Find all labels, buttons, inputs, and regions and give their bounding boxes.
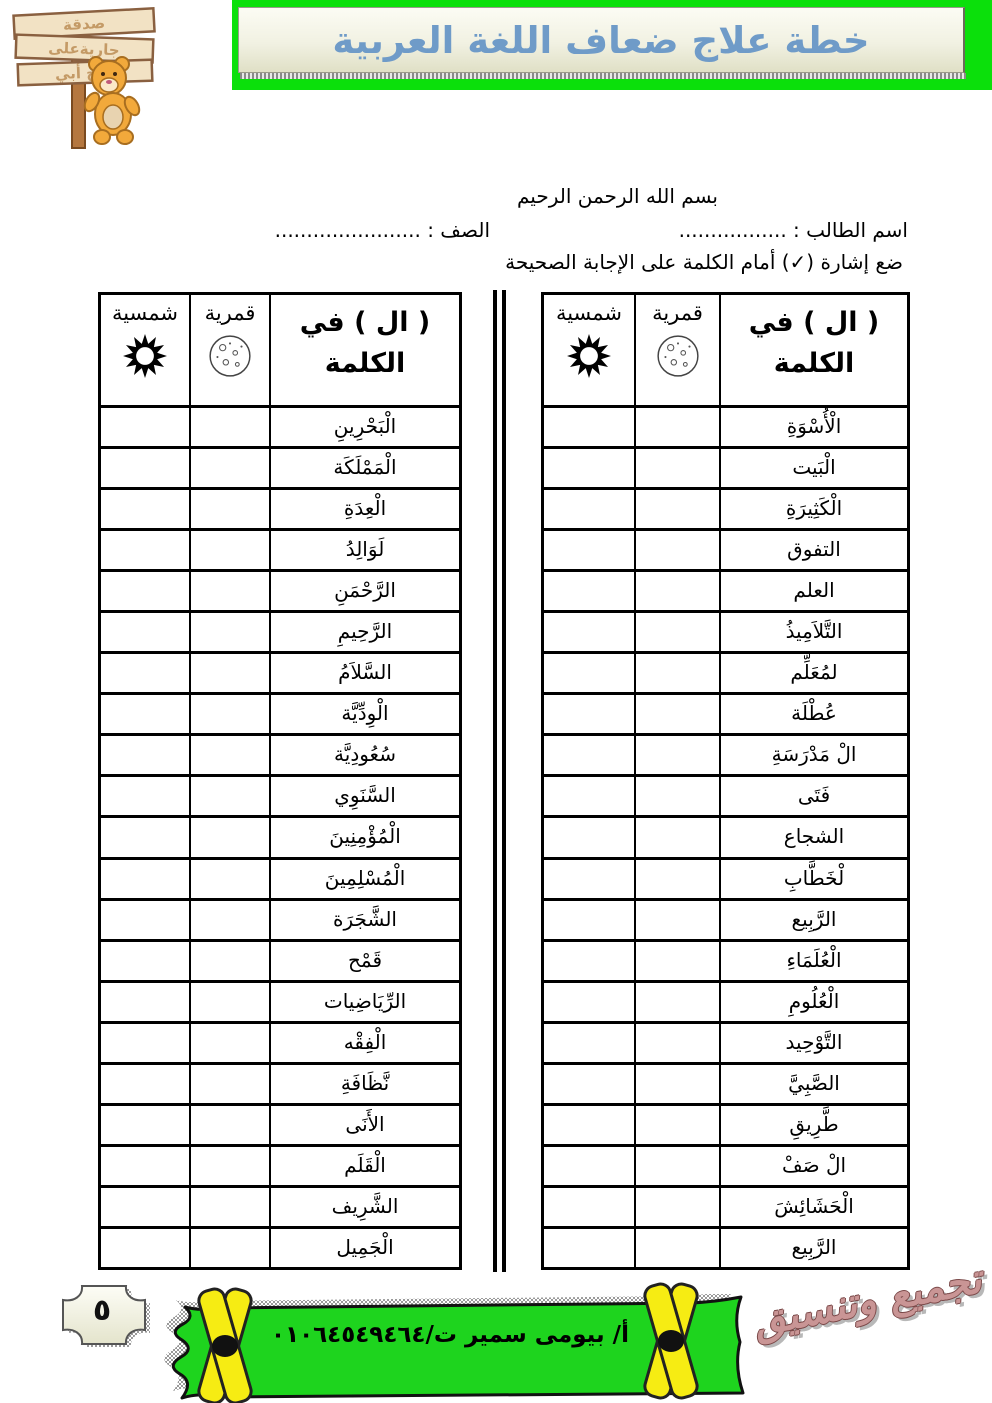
teddy-bear-sign-icon: صدقة جاريةعلى روح أبي [8, 4, 203, 154]
table-row: السَّنَوِي [101, 774, 459, 815]
sun-icon [566, 333, 612, 379]
shamsiya-answer-cell[interactable] [101, 613, 189, 651]
right-table-header: شمسية قمرية ( ال ) في ال [544, 295, 907, 405]
table-row: السَّلاَمُ [101, 651, 459, 692]
word-cell: لمُعَلِّم [719, 654, 907, 692]
table-row: قَمْح [101, 939, 459, 980]
word-cell: الْبَيت [719, 449, 907, 487]
table-row: عُطْلَة [544, 692, 907, 733]
word-cell: الرَّبِيع [719, 901, 907, 939]
ribbon-bow-icon [628, 1281, 714, 1401]
title-shadow-line [240, 73, 966, 79]
shamsiya-answer-cell[interactable] [544, 1024, 634, 1062]
word-cell: لْخَطَّابِ [719, 860, 907, 898]
qamariya-answer-cell[interactable] [634, 572, 719, 610]
shamsiya-answer-cell[interactable] [544, 654, 634, 692]
qamariya-answer-cell[interactable] [189, 1229, 269, 1267]
table-row: لَوَالِدُ [101, 528, 459, 569]
qamariya-answer-cell[interactable] [189, 572, 269, 610]
table-row: الصَّبِيَّ [544, 1062, 907, 1103]
table-row: التفوق [544, 528, 907, 569]
table-row: الْقَلَم [101, 1144, 459, 1185]
shamsiya-answer-cell[interactable] [544, 1147, 634, 1185]
student-name-field[interactable]: ................. [679, 218, 787, 242]
shamsiya-answer-cell[interactable] [544, 531, 634, 569]
shamsiya-answer-cell[interactable] [101, 449, 189, 487]
shamsiya-answer-cell[interactable] [101, 818, 189, 856]
word-cell: الْمُؤْمِنِينَ [269, 818, 459, 856]
qamariya-answer-cell[interactable] [634, 408, 719, 446]
qamariya-answer-cell[interactable] [634, 613, 719, 651]
word-header-cell: ( ال ) في الكلمة [269, 295, 459, 405]
word-cell: الرَّبِيع [719, 1229, 907, 1267]
qamariya-answer-cell[interactable] [634, 736, 719, 774]
shamsiya-answer-cell[interactable] [101, 736, 189, 774]
table-row: الْمُؤْمِنِينَ [101, 815, 459, 856]
bismillah-text: بسم الله الرحمن الرحيم [517, 184, 718, 208]
word-header-cell: ( ال ) في الكلمة [719, 295, 907, 405]
worksheet-page: خطة علاج ضعاف اللغة العربية صدقة جاريةعل… [0, 0, 992, 1403]
word-cell: الْعُلَمَاءِ [719, 942, 907, 980]
qamariya-answer-cell[interactable] [189, 942, 269, 980]
qamariya-answer-cell[interactable] [634, 654, 719, 692]
left-table-header: شمسية قمرية ( ال ) في ال [101, 295, 459, 405]
shamsiya-answer-cell[interactable] [544, 818, 634, 856]
qamariya-answer-cell[interactable] [634, 1188, 719, 1226]
shamsiya-answer-cell[interactable] [544, 613, 634, 651]
word-cell: الْكَثِيرَةِ [719, 490, 907, 528]
word-cell: الْقَلَم [269, 1147, 459, 1185]
qamariya-label: قمرية [652, 301, 703, 325]
charity-sign-art: صدقة جاريةعلى روح أبي [8, 4, 203, 158]
shamsiya-answer-cell[interactable] [101, 901, 189, 939]
table-row: الْأُسْوَةِ [544, 405, 907, 446]
word-cell: الرِّيَاضِيات [269, 983, 459, 1021]
table-row: لْخَطَّابِ [544, 857, 907, 898]
table-row: العلم [544, 569, 907, 610]
table-row: الأَنَى [101, 1103, 459, 1144]
page-number: ٥ [52, 1293, 152, 1328]
word-cell: الْمُسْلِمِينَ [269, 860, 459, 898]
moon-icon [655, 333, 701, 379]
qamariya-answer-cell[interactable] [634, 1106, 719, 1144]
class-label: الصف : [421, 218, 490, 242]
word-header-line2: الكلمة [774, 348, 855, 379]
word-cell: الْوِدِّيَّة [269, 695, 459, 733]
word-cell: الْمَمْلَكَة [269, 449, 459, 487]
word-cell: التَّوْحِيد [719, 1024, 907, 1062]
word-header-line2: الكلمة [325, 348, 406, 379]
qamariya-answer-cell[interactable] [634, 1065, 719, 1103]
shamsiya-answer-cell[interactable] [101, 1147, 189, 1185]
table-row: الْعِدَةِ [101, 487, 459, 528]
shamsiya-answer-cell[interactable] [544, 1229, 634, 1267]
qamariya-answer-cell[interactable] [189, 1188, 269, 1226]
shamsiya-answer-cell[interactable] [544, 983, 634, 1021]
table-row: الرَّبِيع [544, 1226, 907, 1267]
table-row: الرَّحْمَنِ [101, 569, 459, 610]
table-row: نَّظَافَةِ [101, 1062, 459, 1103]
qamariya-answer-cell[interactable] [634, 777, 719, 815]
table-row: الشَّجَرَة [101, 898, 459, 939]
word-cell: الشَّرِيف [269, 1188, 459, 1226]
teacher-credit: أ/ بيومى سمير ت/٠١٠٦٤٥٤٩٤٦٤ [255, 1322, 645, 1348]
qamariya-answer-cell[interactable] [189, 490, 269, 528]
class-line: الصف : ....................... [275, 218, 490, 242]
page-number-badge: ٥ [52, 1283, 152, 1351]
shamsiya-answer-cell[interactable] [544, 901, 634, 939]
table-row: الْبَيت [544, 446, 907, 487]
word-cell: التفوق [719, 531, 907, 569]
shamsiya-answer-cell[interactable] [544, 449, 634, 487]
qamariya-answer-cell[interactable] [634, 695, 719, 733]
shamsiya-answer-cell[interactable] [101, 983, 189, 1021]
word-cell: الرَّحْمَنِ [269, 572, 459, 610]
student-name-label: اسم الطالب : [787, 218, 908, 242]
shamsiya-answer-cell[interactable] [101, 942, 189, 980]
shamsiya-answer-cell[interactable] [101, 860, 189, 898]
qamariya-answer-cell[interactable] [634, 1229, 719, 1267]
qamariya-answer-cell[interactable] [634, 860, 719, 898]
word-cell: الْ مَدْرَسَةِ [719, 736, 907, 774]
word-cell: التَّلاَمِيذُ [719, 613, 907, 651]
word-cell: سُعُودِيَّة [269, 736, 459, 774]
shamsiya-label: شمسية [556, 301, 622, 325]
sign-line2: جاريةعلى [48, 39, 120, 59]
qamariya-answer-cell[interactable] [189, 449, 269, 487]
shamsiya-answer-cell[interactable] [544, 695, 634, 733]
shamsiya-answer-cell[interactable] [101, 1024, 189, 1062]
word-cell: عُطْلَة [719, 695, 907, 733]
table-row: الْ صَفْ [544, 1144, 907, 1185]
qamariya-answer-cell[interactable] [189, 695, 269, 733]
word-cell: الْ صَفْ [719, 1147, 907, 1185]
shamsiya-answer-cell[interactable] [544, 1106, 634, 1144]
qamariya-answer-cell[interactable] [634, 1147, 719, 1185]
shamsiya-answer-cell[interactable] [544, 736, 634, 774]
table-row: سُعُودِيَّة [101, 733, 459, 774]
right-word-table: شمسية قمرية ( ال ) في ال [541, 292, 910, 1270]
qamariya-answer-cell[interactable] [634, 818, 719, 856]
word-cell: نَّظَافَةِ [269, 1065, 459, 1103]
shamsiya-answer-cell[interactable] [101, 490, 189, 528]
table-row: فَتَى [544, 774, 907, 815]
word-cell: الأَنَى [269, 1106, 459, 1144]
qamariya-answer-cell[interactable] [189, 1024, 269, 1062]
student-name-line: اسم الطالب : ................. [679, 218, 908, 242]
table-row: الْكَثِيرَةِ [544, 487, 907, 528]
table-row: الْبَحْرِينِ [101, 405, 459, 446]
word-cell: السَّلاَمُ [269, 654, 459, 692]
shamsiya-answer-cell[interactable] [544, 408, 634, 446]
shamsiya-answer-cell[interactable] [544, 572, 634, 610]
table-row: طَّرِيقِ [544, 1103, 907, 1144]
qamariya-answer-cell[interactable] [189, 860, 269, 898]
sun-icon [122, 333, 168, 379]
instruction-text: ضع إشارة (✓) أمام الكلمة على الإجابة الص… [505, 250, 903, 274]
table-row: الْجَمِيل [101, 1226, 459, 1267]
header-band: خطة علاج ضعاف اللغة العربية [232, 0, 992, 90]
word-cell: قَمْح [269, 942, 459, 980]
qamariya-answer-cell[interactable] [189, 408, 269, 446]
word-cell: السَّنَوِي [269, 777, 459, 815]
table-row: الرِّيَاضِيات [101, 980, 459, 1021]
table-row: الْحَشَائِشَ [544, 1185, 907, 1226]
class-field[interactable]: ....................... [275, 218, 421, 242]
word-header-line1: ( ال ) في [749, 307, 880, 338]
ribbon-bow-icon [182, 1286, 268, 1403]
title-box: خطة علاج ضعاف اللغة العربية [238, 7, 965, 73]
shamsiya-answer-cell[interactable] [101, 1065, 189, 1103]
word-cell: الْحَشَائِشَ [719, 1188, 907, 1226]
table-row: الْمَمْلَكَة [101, 446, 459, 487]
qamariya-answer-cell[interactable] [189, 777, 269, 815]
word-cell: طَّرِيقِ [719, 1106, 907, 1144]
qamariya-answer-cell[interactable] [189, 983, 269, 1021]
table-row: الْفِقْه [101, 1021, 459, 1062]
qamariya-answer-cell[interactable] [634, 942, 719, 980]
qamariya-answer-cell[interactable] [634, 1024, 719, 1062]
qamariya-answer-cell[interactable] [189, 613, 269, 651]
word-cell: الْجَمِيل [269, 1229, 459, 1267]
table-row: الْعُلُومِ [544, 980, 907, 1021]
shamsiya-answer-cell[interactable] [101, 695, 189, 733]
shamsiya-answer-cell[interactable] [544, 860, 634, 898]
word-cell: فَتَى [719, 777, 907, 815]
left-word-table: شمسية قمرية ( ال ) في ال [98, 292, 462, 1270]
qamariya-answer-cell[interactable] [634, 901, 719, 939]
word-cell: لَوَالِدُ [269, 531, 459, 569]
qamariya-answer-cell[interactable] [189, 818, 269, 856]
shamsiya-answer-cell[interactable] [544, 490, 634, 528]
word-cell: العلم [719, 572, 907, 610]
shamsiya-answer-cell[interactable] [544, 1065, 634, 1103]
qamariya-answer-cell[interactable] [189, 736, 269, 774]
shamsiya-answer-cell[interactable] [101, 1188, 189, 1226]
qamariya-answer-cell[interactable] [634, 449, 719, 487]
table-row: التَّوْحِيد [544, 1021, 907, 1062]
shamsiya-answer-cell[interactable] [101, 777, 189, 815]
table-row: الرَّحِيمِ [101, 610, 459, 651]
shamsiya-answer-cell[interactable] [544, 777, 634, 815]
qamariya-answer-cell[interactable] [634, 490, 719, 528]
qamariya-answer-cell[interactable] [189, 901, 269, 939]
word-cell: الْعُلُومِ [719, 983, 907, 1021]
word-cell: الْعِدَةِ [269, 490, 459, 528]
tables-divider [493, 290, 506, 1272]
qamariya-header-cell: قمرية [634, 295, 719, 405]
qamariya-answer-cell[interactable] [189, 1147, 269, 1185]
qamariya-answer-cell[interactable] [634, 531, 719, 569]
word-cell: الشَّجَرَة [269, 901, 459, 939]
shamsiya-answer-cell[interactable] [101, 1229, 189, 1267]
word-cell: الشجاع [719, 818, 907, 856]
shamsiya-answer-cell[interactable] [544, 942, 634, 980]
sign-line1: صدقة [63, 14, 106, 34]
word-cell: الرَّحِيمِ [269, 613, 459, 651]
word-header-line1: ( ال ) في [300, 307, 431, 338]
table-row: الْ مَدْرَسَةِ [544, 733, 907, 774]
shamsiya-header-cell: شمسية [544, 295, 634, 405]
table-row: الْعُلَمَاءِ [544, 939, 907, 980]
table-row: الْمُسْلِمِينَ [101, 857, 459, 898]
word-cell: الْفِقْه [269, 1024, 459, 1062]
shamsiya-answer-cell[interactable] [101, 1106, 189, 1144]
shamsiya-answer-cell[interactable] [101, 572, 189, 610]
qamariya-answer-cell[interactable] [189, 1065, 269, 1103]
qamariya-answer-cell[interactable] [189, 1106, 269, 1144]
qamariya-answer-cell[interactable] [634, 983, 719, 1021]
qamariya-header-cell: قمرية [189, 295, 269, 405]
table-row: الشجاع [544, 815, 907, 856]
qamariya-answer-cell[interactable] [189, 654, 269, 692]
qamariya-label: قمرية [205, 301, 256, 325]
table-row: الرَّبِيع [544, 898, 907, 939]
table-row: الْوِدِّيَّة [101, 692, 459, 733]
word-cell: الصَّبِيَّ [719, 1065, 907, 1103]
shamsiya-label: شمسية [112, 301, 178, 325]
table-row: الشَّرِيف [101, 1185, 459, 1226]
shamsiya-answer-cell[interactable] [101, 531, 189, 569]
word-cell: الْبَحْرِينِ [269, 408, 459, 446]
page-title: خطة علاج ضعاف اللغة العربية [332, 19, 869, 62]
shamsiya-answer-cell[interactable] [101, 408, 189, 446]
shamsiya-header-cell: شمسية [101, 295, 189, 405]
table-row: التَّلاَمِيذُ [544, 610, 907, 651]
moon-icon [207, 333, 253, 379]
word-cell: الْأُسْوَةِ [719, 408, 907, 446]
shamsiya-answer-cell[interactable] [544, 1188, 634, 1226]
qamariya-answer-cell[interactable] [189, 531, 269, 569]
table-row: لمُعَلِّم [544, 651, 907, 692]
shamsiya-answer-cell[interactable] [101, 654, 189, 692]
